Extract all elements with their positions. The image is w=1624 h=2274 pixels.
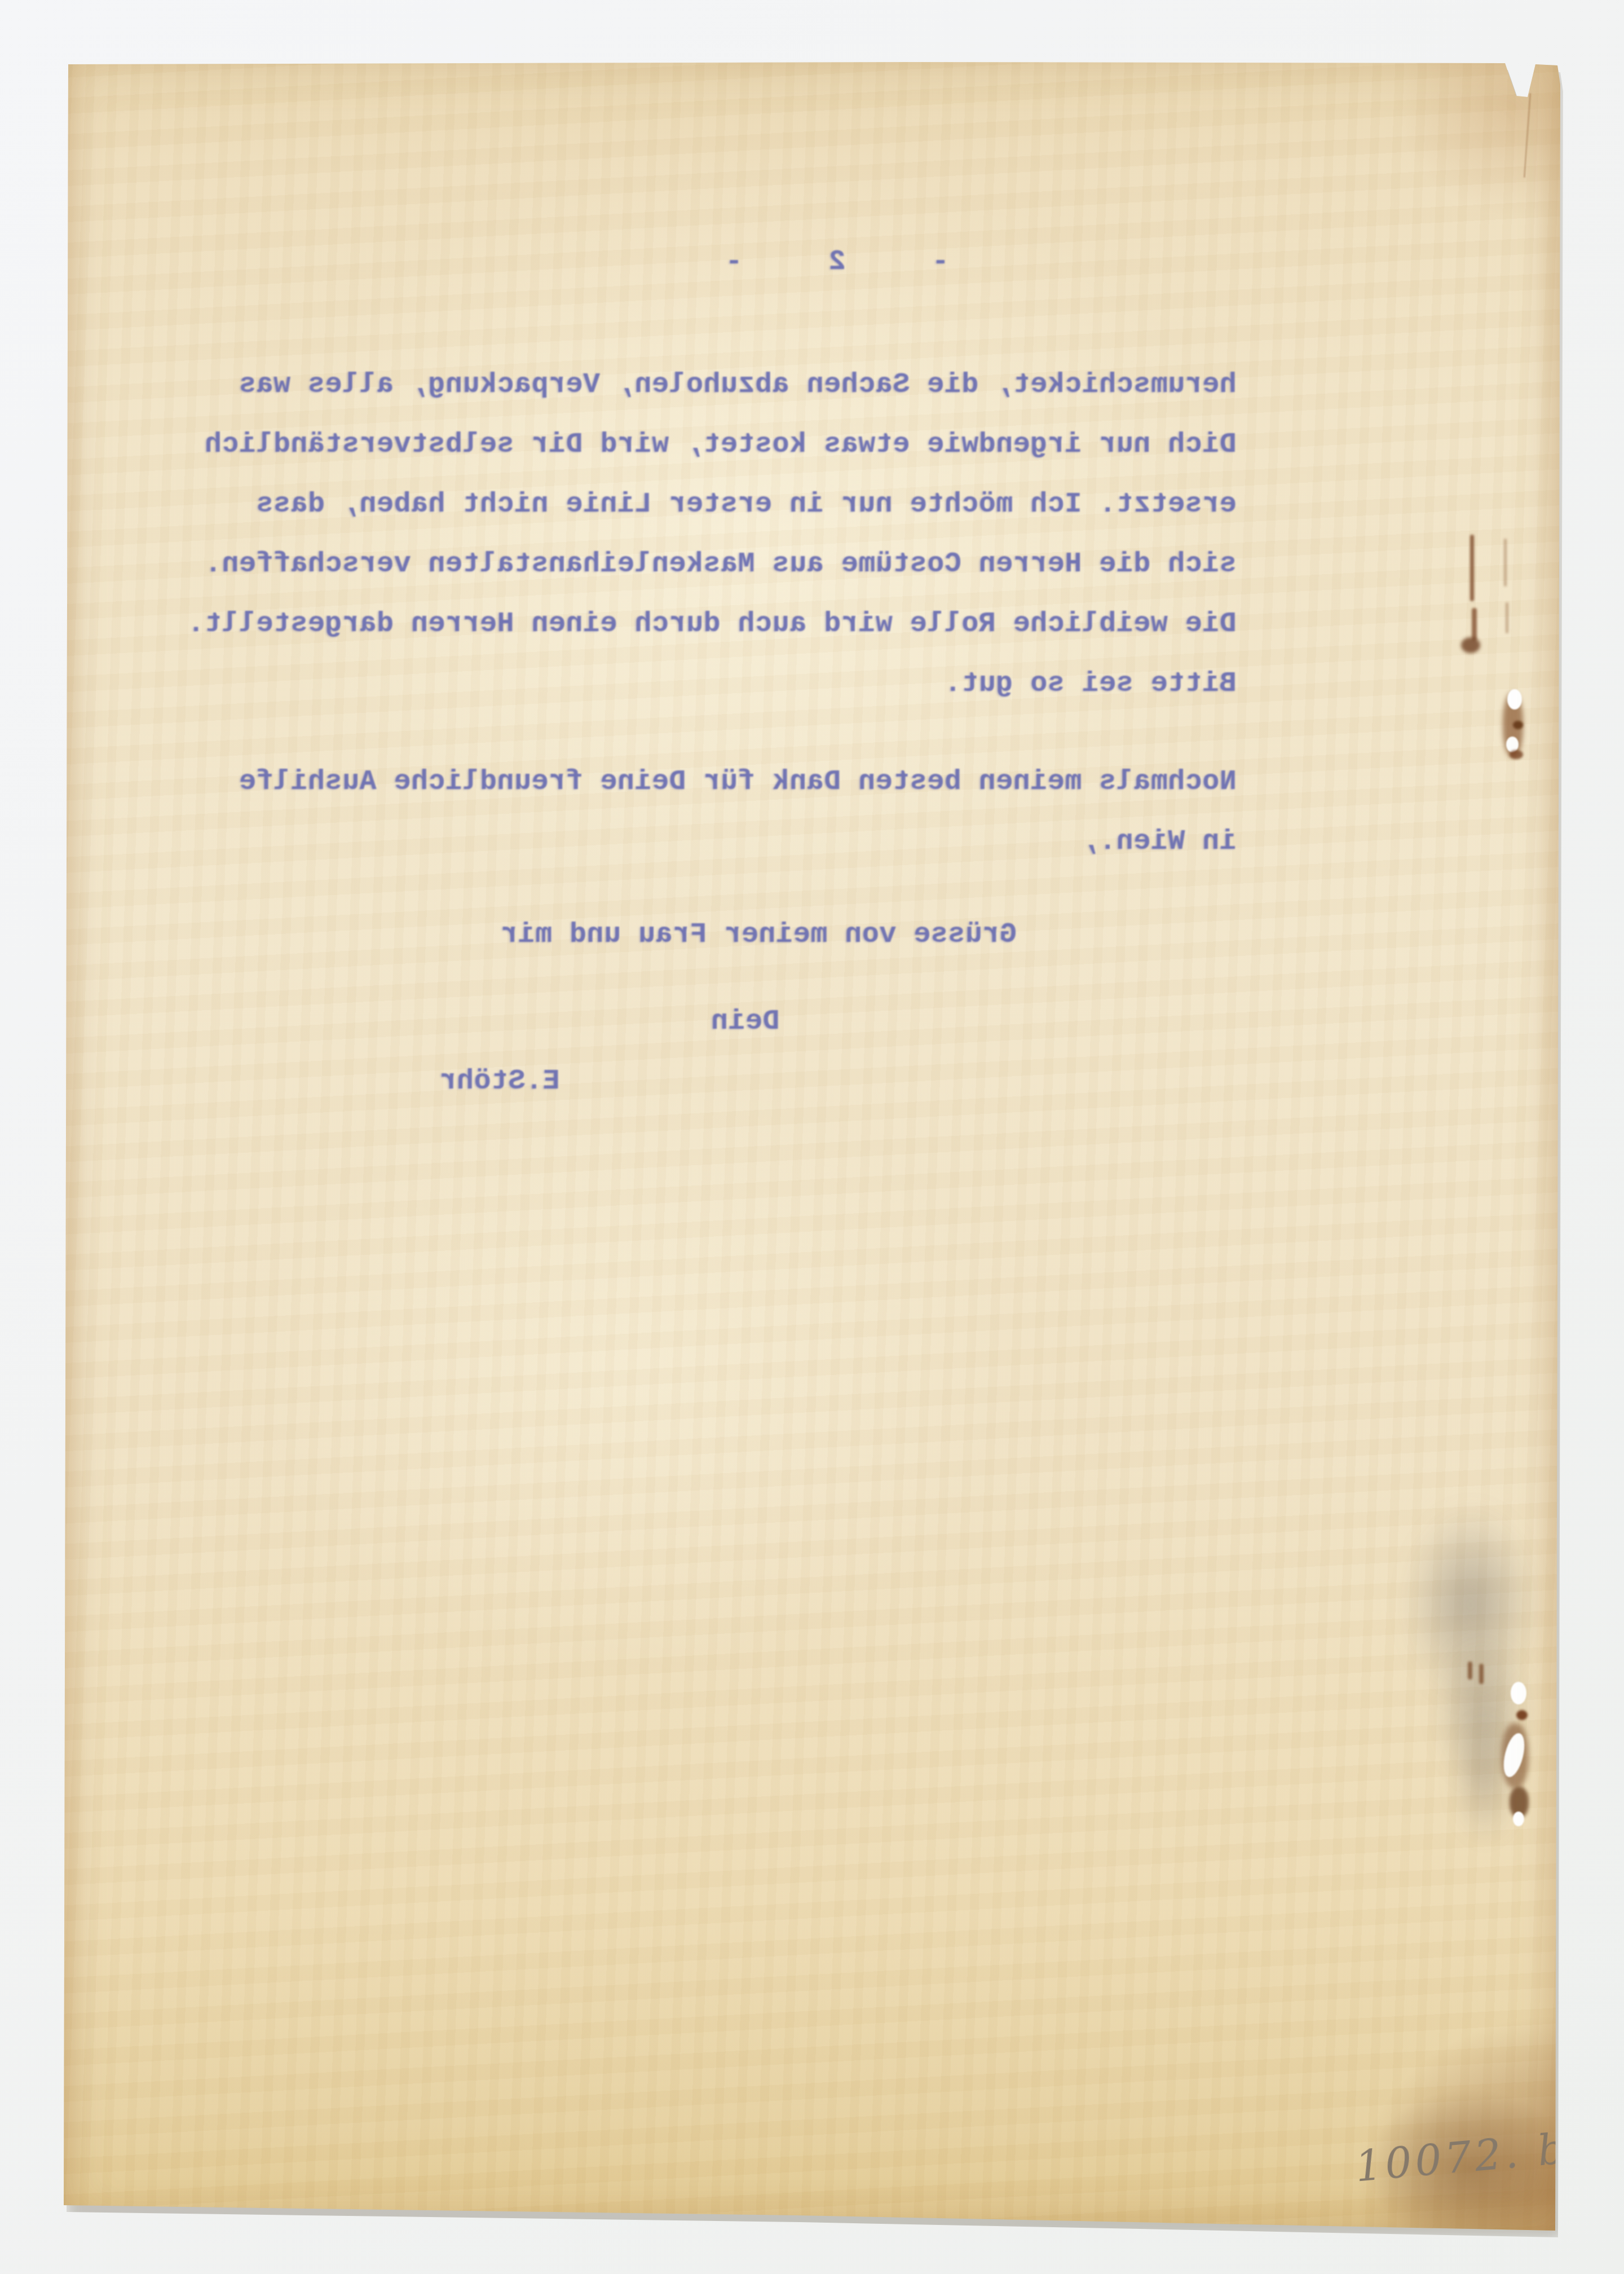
paper-crease [1524, 93, 1531, 178]
gray-smudge-stain [1434, 1636, 1530, 1788]
rust-smear-stain [1502, 1724, 1529, 1788]
typed-line: Nochmals meinen besten Dank für Deine fr… [239, 768, 1237, 796]
rust-streak-stain [1479, 1664, 1484, 1684]
gray-smudge-stain [1451, 1715, 1519, 1844]
rust-streak-stain [1472, 608, 1477, 641]
closing-greeting-line: Grüsse von meiner Frau und mir [501, 921, 1237, 949]
document-page: - 2 - herumschicket, die Sachen abzuhole… [64, 62, 1560, 2233]
page-number-line: - 2 - [725, 248, 1237, 276]
typed-line: Die weibliche Rolle wird auch durch eine… [187, 610, 1237, 638]
typed-text-mirrored: - 2 - herumschicket, die Sachen abzuhole… [222, 62, 1237, 2233]
typed-line: herumschicket, die Sachen abzuholen, Ver… [239, 371, 1237, 399]
rust-streak-stain [1468, 1662, 1472, 1680]
typed-line: Dich nur irgendwie etwas kostet, wird Di… [205, 431, 1237, 459]
rust-dot-stain [1510, 750, 1523, 759]
rust-dot-stain [1516, 1710, 1528, 1720]
paper-hole [1513, 1812, 1524, 1826]
rust-streak-stain [1506, 602, 1508, 633]
typed-line: sich die Herren Costüme aus Maskenleihan… [205, 550, 1237, 579]
archival-number-handwritten: 10072. b. [1353, 2123, 1586, 2191]
paper-hole [1507, 689, 1522, 709]
rust-blotch-stain [1461, 637, 1480, 653]
paper-hole [1506, 737, 1519, 752]
gray-smudge-stain [1406, 1506, 1535, 1703]
paper-hole [1511, 1682, 1526, 1704]
typed-line: ersetzt. Ich möchte nur in erster Linie … [256, 491, 1237, 519]
closing-salutation-line: Dein [711, 1008, 1237, 1036]
scan-background: - 2 - herumschicket, die Sachen abzuhole… [0, 0, 1624, 2274]
rust-streak-stain [1470, 535, 1474, 601]
rust-smear-stain [1503, 693, 1523, 757]
rust-dot-stain [1513, 721, 1523, 729]
signature-line: E.Stöhr [439, 1068, 1237, 1096]
rust-smear-stain [1510, 1787, 1529, 1818]
rust-streak-stain [1504, 539, 1507, 587]
typed-line: Bitte sei so gut. [944, 670, 1237, 698]
typed-line: in Wien., [1082, 828, 1237, 856]
paper-hole [1500, 1731, 1528, 1779]
